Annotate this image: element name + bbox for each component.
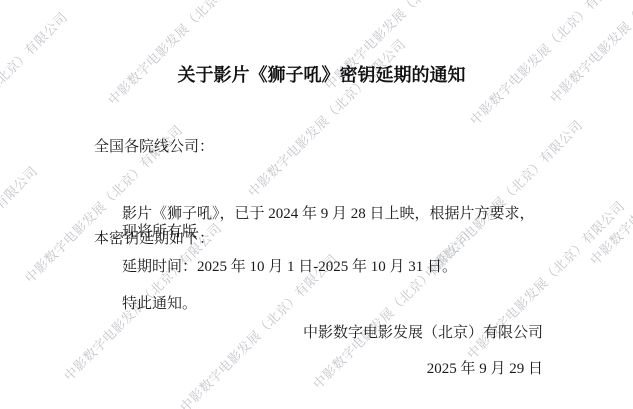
issue-date: 2025 年 9 月 29 日 [94,360,549,378]
extension-period-line: 延期时间：2025 年 10 月 1 日-2025 年 10 月 31 日。 [94,258,549,276]
closing-line: 特此通知。 [94,295,549,313]
notice-document: 中影数字电影发展（北京）有限公司中影数字电影发展（北京）有限公司中影数字电影发展… [0,0,633,409]
notice-title: 关于影片《狮子吼》密钥延期的通知 [94,63,549,87]
salutation: 全国各院线公司： [94,138,549,156]
body-line-2: 本密钥延期如下： [94,230,549,248]
issuer-signature: 中影数字电影发展（北京）有限公司 [94,324,549,342]
notice-content: 关于影片《狮子吼》密钥延期的通知 全国各院线公司： 影片《狮子吼》，已于 202… [0,0,633,409]
